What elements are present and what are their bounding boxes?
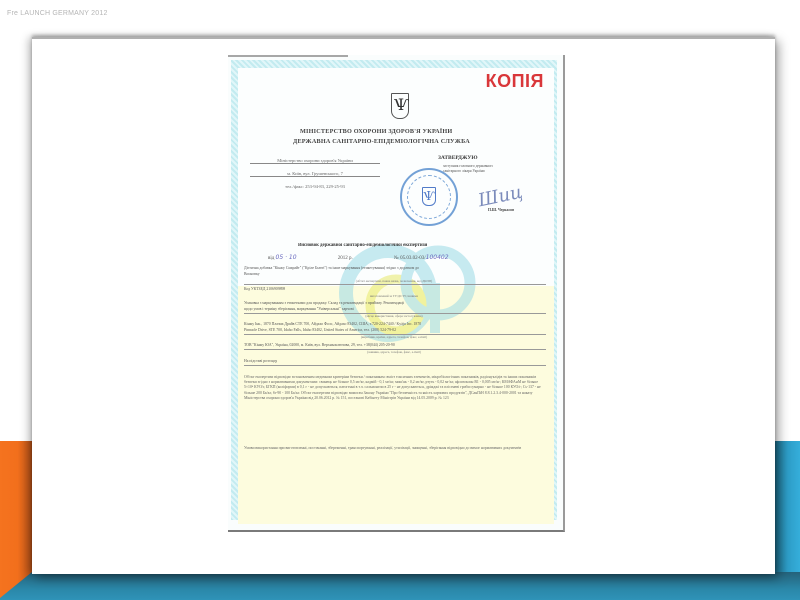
document-line: Висновку bbox=[244, 272, 260, 276]
document-caption: (місце використання, сфера застосування) bbox=[244, 314, 544, 318]
number-code-prefix: № 05.03.02-03/ bbox=[394, 256, 426, 261]
document-caption: (об'єкт експертизи, повна назва, позначе… bbox=[244, 279, 544, 283]
issuer-line: Міністерство охорони здоров'я України bbox=[250, 158, 380, 164]
document-caption: (заявник, адреса, телефон, факс, e-mail) bbox=[244, 350, 544, 354]
conclusion-title: Висновок державної санітарно-епідеміолог… bbox=[298, 243, 427, 248]
issuer-line: тел./факс: 253-94-83, 229-25-93 bbox=[250, 184, 380, 189]
approve-title: ЗАТВЕРДЖУЮ bbox=[438, 155, 478, 161]
document-line: Код УКТЗЕД 2106909898 bbox=[244, 287, 285, 291]
document-line: Упаковка з маркуванням з етикетками для … bbox=[244, 301, 404, 305]
document-line: ТОВ "Кінжу ЮА", Україна, 02000, м. Київ,… bbox=[244, 343, 395, 347]
slide-content-card: КОПІЯ МІНІСТЕРСТВО ОХОРОНИ ЗДОРОВ'Я УКРА… bbox=[32, 37, 775, 574]
handwritten-date: 05 · 10 bbox=[276, 254, 297, 261]
number-year: 2012 р. bbox=[338, 256, 353, 261]
ukraine-trident-icon bbox=[391, 93, 409, 119]
document-line: Дієтична добавка "Кінжу Смарайт" ("Кріле… bbox=[244, 266, 419, 270]
service-heading: ДЕРЖАВНА САНІТАРНО-ЕПІДЕМІОЛОГІЧНА СЛУЖБ… bbox=[293, 138, 470, 145]
document-caption: виготовлений за ТУ/ДСТУ, іншими bbox=[244, 294, 544, 298]
document-caption: (виробник, країна, адреса, телефон, факс… bbox=[244, 335, 544, 339]
copy-stamp-label: КОПІЯ bbox=[486, 71, 544, 92]
scan-edge-line bbox=[228, 55, 348, 57]
issuer-line: м. Київ, вул. Грушевського, 7 bbox=[250, 171, 380, 177]
signer-name: П.Ш. Черкасов bbox=[488, 208, 514, 212]
document-line: На підставі розгляду bbox=[244, 359, 277, 363]
divider bbox=[244, 284, 546, 285]
blue-accent-bottom bbox=[0, 572, 800, 600]
divider bbox=[244, 365, 546, 366]
number-prefix: від bbox=[268, 256, 274, 261]
conclusion-number-line: від 05 · 10 2012 р. № 05.03.02-03/100402 bbox=[268, 254, 449, 261]
document-line: Pinnacle Drive, STE 700, Idaho Falls, Id… bbox=[244, 328, 396, 332]
official-seal-stamp: Ѱ bbox=[400, 168, 458, 226]
ministry-heading: МІНІСТЕРСТВО ОХОРОНИ ЗДОРОВ'Я УКРАЇНИ bbox=[300, 128, 452, 135]
document-line: щодо умов і терміну зберігання, маркуван… bbox=[244, 307, 354, 311]
handwritten-number: 100402 bbox=[426, 254, 449, 261]
signature: Шиц bbox=[476, 182, 524, 212]
presentation-header-label: Fre LAUNCH GERMANY 2012 bbox=[7, 10, 108, 17]
certificate-document-image: КОПІЯ МІНІСТЕРСТВО ОХОРОНИ ЗДОРОВ'Я УКРА… bbox=[228, 55, 565, 532]
approve-subtitle: заступник головного державного bbox=[443, 164, 493, 168]
usage-paragraph: Умови використання при виготовленні, пос… bbox=[244, 446, 546, 451]
compliance-paragraph: Об'єкт експертизи відповідає встановлени… bbox=[244, 375, 546, 401]
document-body: КОПІЯ МІНІСТЕРСТВО ОХОРОНИ ЗДОРОВ'Я УКРА… bbox=[238, 68, 554, 524]
document-line: Кінжу Інк., 1870 Плазма Драйв СТЕ 700, А… bbox=[244, 322, 421, 326]
seal-trident-icon: Ѱ bbox=[422, 187, 436, 206]
approve-subtitle: санітарного лікаря України bbox=[443, 169, 485, 173]
